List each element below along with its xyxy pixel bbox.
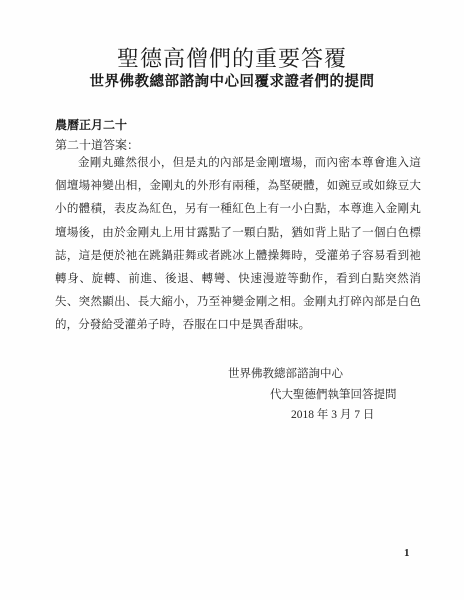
page-number: 1 [404, 547, 410, 559]
document-page: 聖德高僧們的重要答覆 世界佛教總部諮詢中心回覆求證者們的提問 農曆正月二十 第二… [0, 0, 464, 600]
signature-date: 2018 年 3 月 7 日 [291, 408, 374, 423]
signature-organization: 世界佛教總部諮詢中心 [228, 367, 343, 382]
page-subtitle: 世界佛教總部諮詢中心回覆求證者們的提問 [0, 73, 464, 92]
lunar-date-heading: 農曆正月二十 [55, 118, 127, 133]
answer-heading: 第二十道答案： [55, 138, 139, 153]
page-title: 聖德高僧們的重要答覆 [0, 46, 464, 72]
signature-author-role: 代大聖德們執筆回答提問 [270, 388, 397, 403]
body-paragraph: 金剛丸雖然很小，但是丸的內部是金剛壇場，而內密本尊會進入這個壇場神變出相，金剛丸… [55, 152, 421, 338]
